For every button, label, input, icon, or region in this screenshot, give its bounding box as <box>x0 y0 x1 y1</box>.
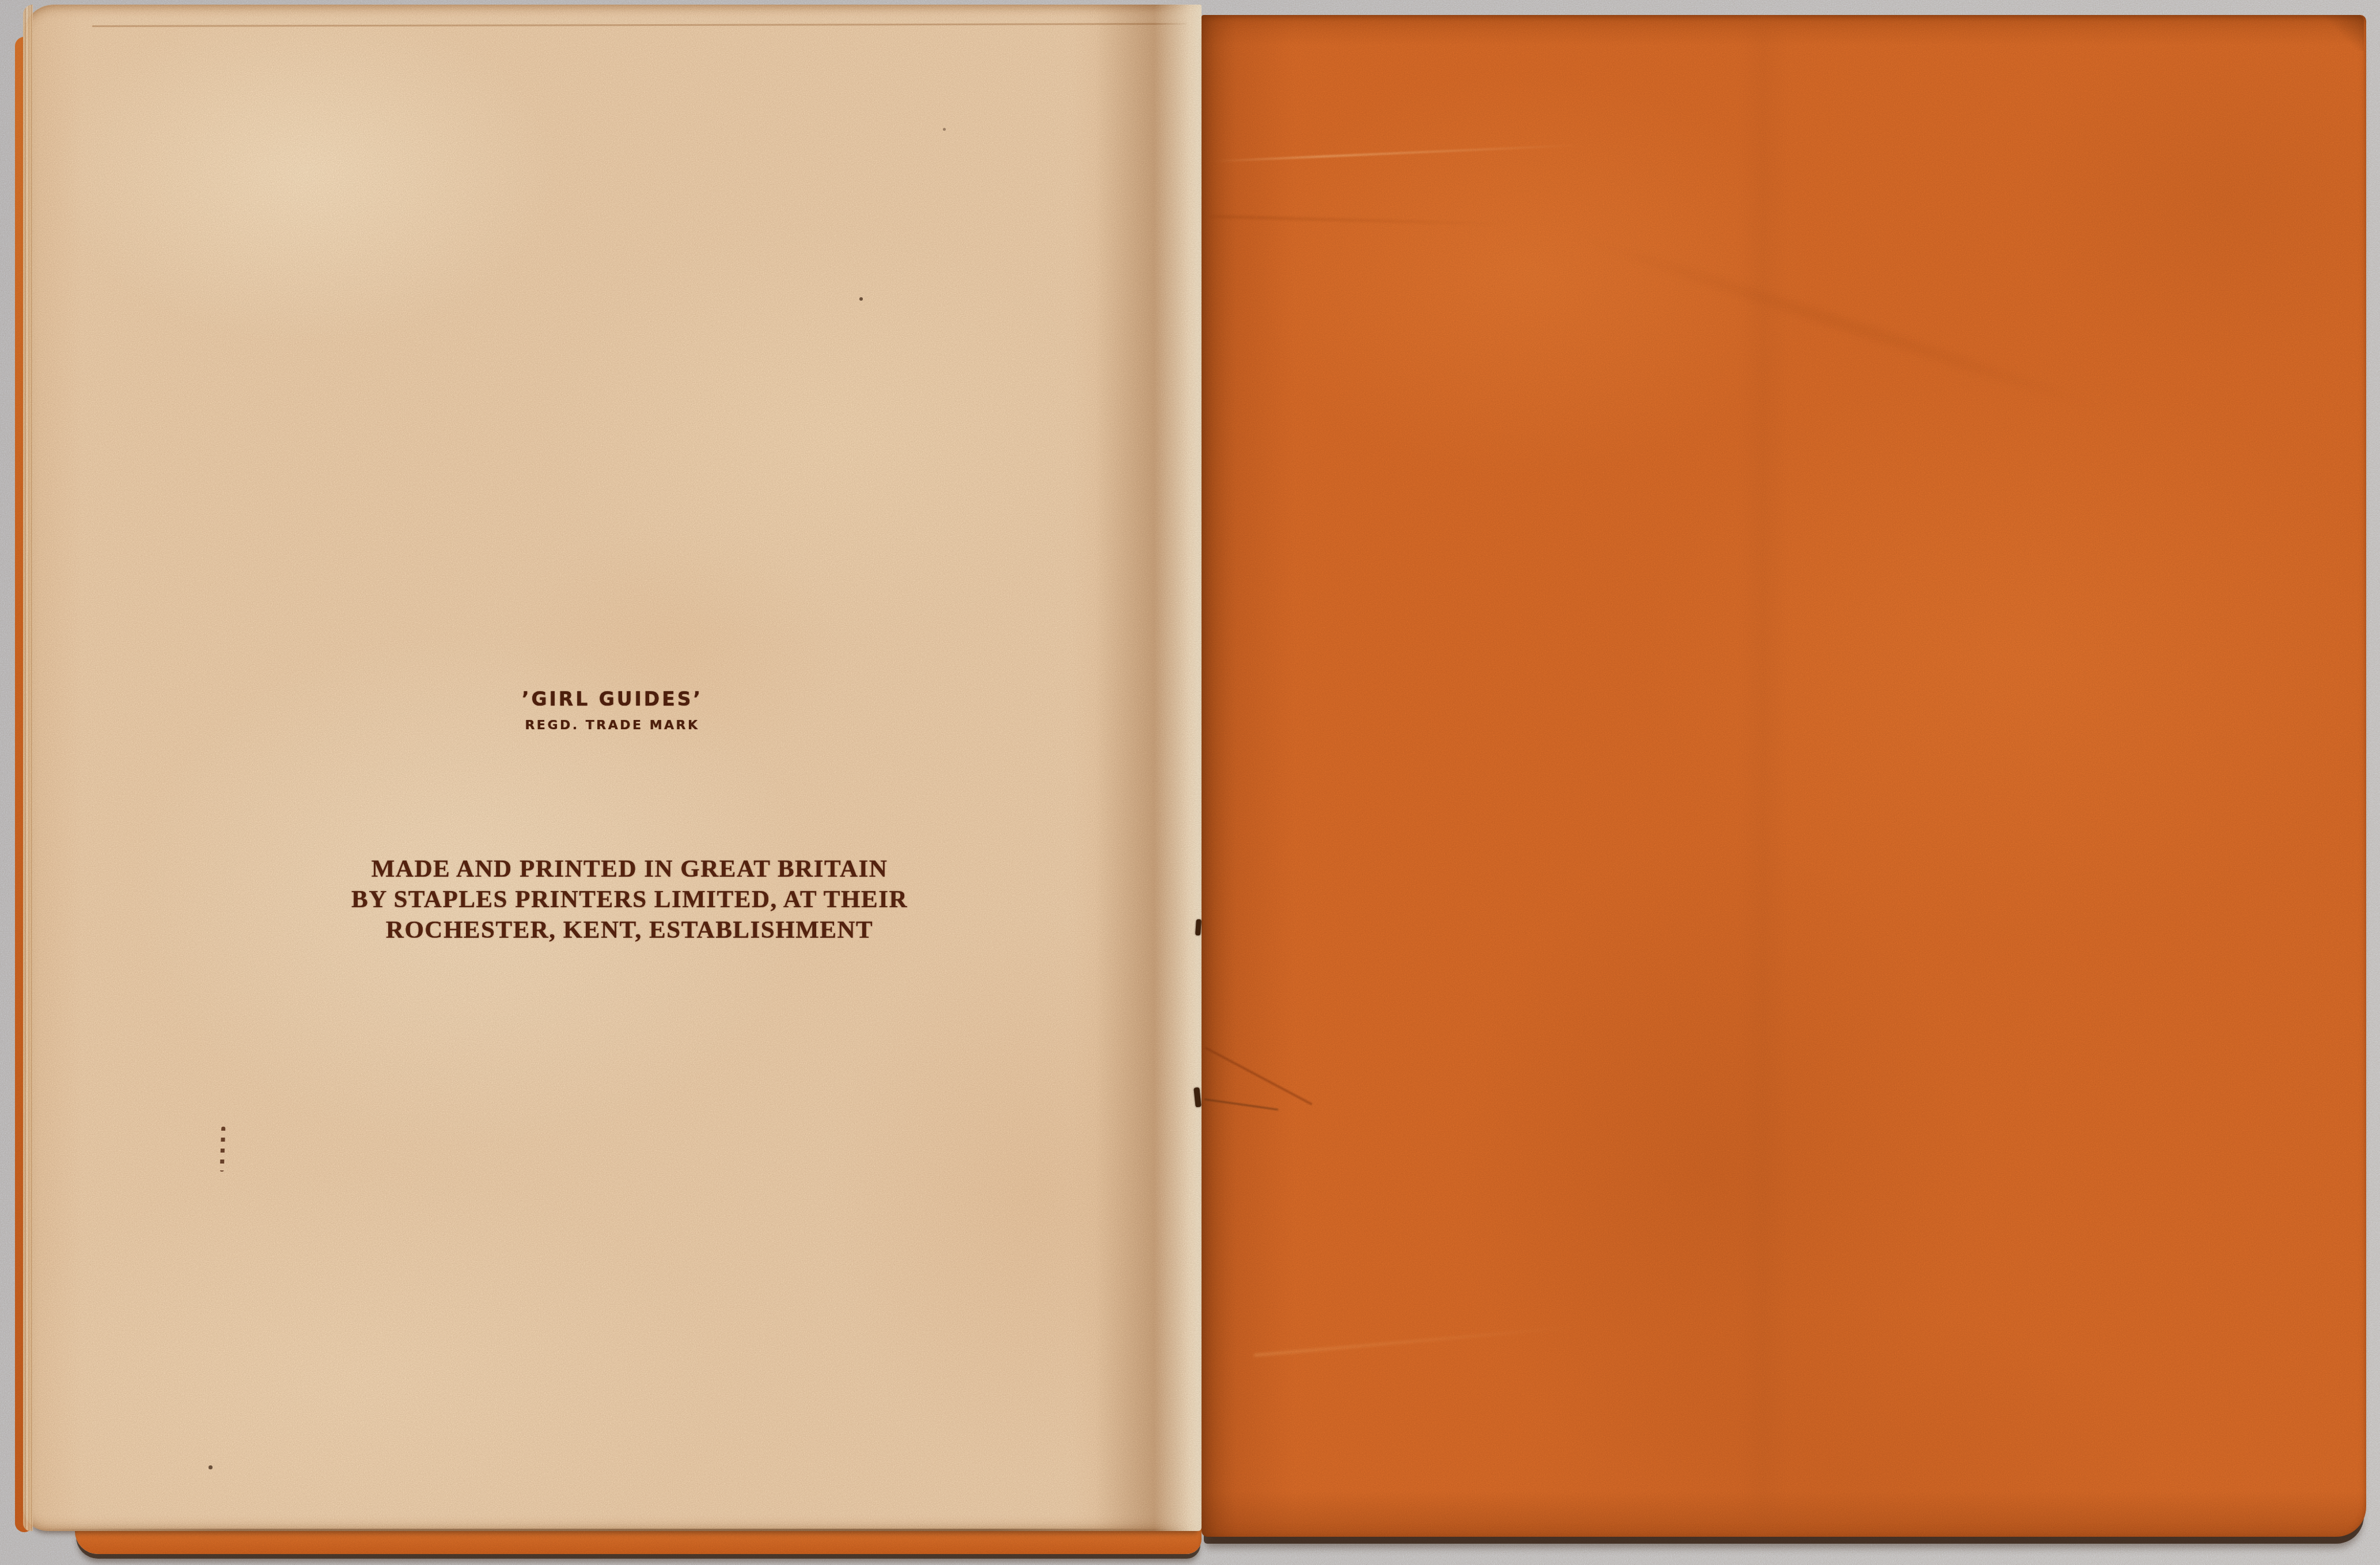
trademark-name: ’GIRL GUIDES’ <box>23 688 1202 710</box>
ink-speck <box>943 128 946 131</box>
top-fold-crease <box>92 23 1187 27</box>
imprint-line-1: MADE AND PRINTED IN GREAT BRITAIN <box>40 854 1219 884</box>
crease-line <box>1254 1326 1575 1357</box>
scan-background: ’GIRL GUIDES’ REGD. TRADE MARK MADE AND … <box>0 0 2380 1565</box>
crease-line <box>1204 1047 1312 1105</box>
imprint-line-3: ROCHESTER, KENT, ESTABLISHMENT <box>40 915 1219 945</box>
page-bottom-edge <box>23 1529 1202 1531</box>
crease-line <box>1737 15 1789 1537</box>
imprint-block: MADE AND PRINTED IN GREAT BRITAIN BY STA… <box>40 854 1219 945</box>
ink-speck <box>209 1465 213 1469</box>
ink-speck <box>859 297 863 301</box>
imprint-line-2: BY STAPLES PRINTERS LIMITED, AT THEIR <box>40 884 1219 915</box>
crease-line <box>1210 215 1509 226</box>
page-edge-stack <box>23 5 33 1531</box>
stitch-top <box>1195 919 1202 936</box>
crease-line <box>1213 144 1582 162</box>
left-page: ’GIRL GUIDES’ REGD. TRADE MARK MADE AND … <box>23 5 1202 1531</box>
trademark-block: ’GIRL GUIDES’ REGD. TRADE MARK <box>23 688 1202 733</box>
right-page <box>1202 15 2366 1537</box>
ink-mark-dotted <box>220 1127 226 1172</box>
crease-line <box>1570 226 2124 423</box>
corner-dogear <box>2321 15 2364 51</box>
trademark-regd: REGD. TRADE MARK <box>23 718 1202 733</box>
